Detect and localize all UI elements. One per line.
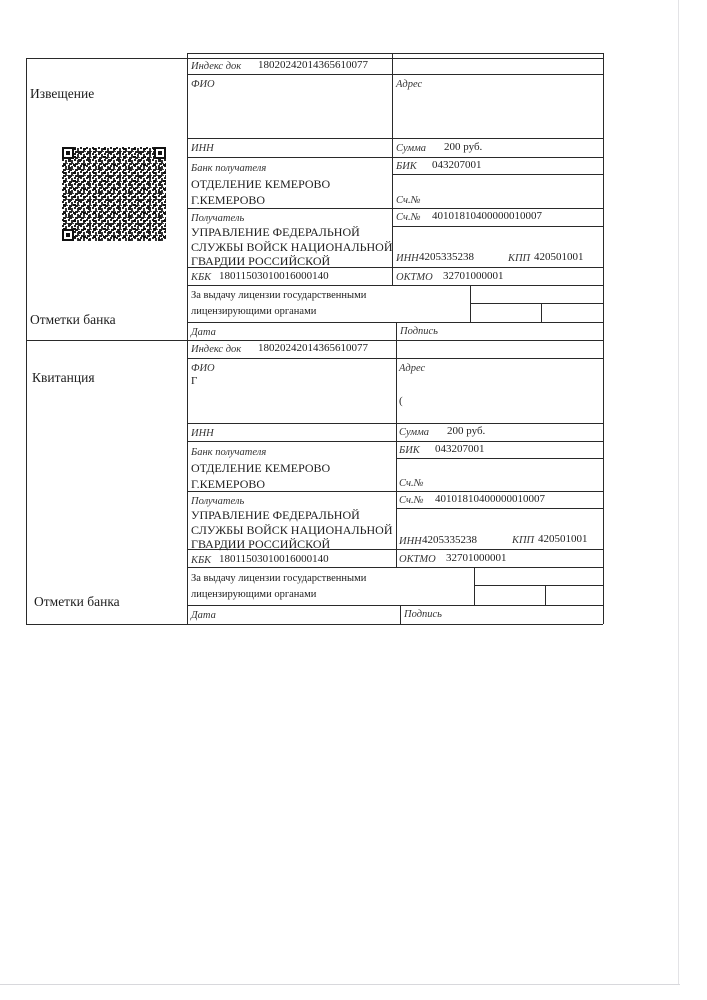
bank-name-line1: ОТДЕЛЕНИЕ КЕМЕРОВО: [191, 176, 330, 192]
bank-label: Банк получателя: [191, 162, 266, 175]
kpp-value: 420501001: [534, 251, 584, 264]
kpp-label: КПП: [508, 252, 530, 265]
signature-label: Подпись: [404, 608, 442, 621]
row-line: [396, 458, 603, 459]
oktmo-label: ОКТМО: [396, 271, 433, 284]
notice-bank-marks: Отметки банка: [30, 312, 116, 328]
row-line: [470, 303, 603, 304]
row-line: [187, 322, 603, 323]
index-top-line: [187, 53, 603, 54]
kpp-value: 420501001: [538, 533, 588, 546]
account-value: 40101810400000010007: [432, 210, 542, 223]
index-label: Индекс док: [191, 343, 241, 356]
recipient-line3: ГВАРДИИ РОССИЙСКОЙ: [191, 253, 330, 269]
row-line: [396, 508, 603, 509]
purpose-line2: лицензирующими органами: [191, 305, 316, 318]
recipient-line1: УПРАВЛЕНИЕ ФЕДЕРАЛЬНОЙ: [191, 224, 360, 240]
inn-label: ИНН: [191, 427, 214, 440]
row-line: [187, 157, 603, 158]
date-label: Дата: [191, 326, 216, 339]
receipt-bank-marks: Отметки банка: [34, 594, 120, 610]
fio-label: ФИО: [191, 78, 215, 91]
kbk-label: КБК: [191, 271, 211, 284]
bik-value: 043207001: [435, 443, 485, 456]
recipient-inn-value: 4205335238: [419, 251, 474, 264]
qr-code-icon: [62, 147, 166, 241]
bank-name-line2: Г.КЕМЕРОВО: [191, 476, 265, 492]
scan-page-bottom: [0, 984, 680, 985]
oktmo-value: 32701000001: [443, 270, 504, 283]
bik-label: БИК: [396, 160, 417, 173]
cell-divider: [545, 585, 546, 605]
cell-divider: [541, 303, 542, 322]
row-line: [187, 74, 603, 75]
recipient-line1: УПРАВЛЕНИЕ ФЕДЕРАЛЬНОЙ: [191, 507, 360, 523]
notice-title: Извещение: [30, 86, 94, 102]
row-line: [392, 226, 603, 227]
bik-label: БИК: [399, 444, 420, 457]
date-sign-divider: [396, 322, 397, 340]
receipt-title: Квитанция: [32, 370, 95, 386]
address-field[interactable]: (: [399, 395, 403, 408]
account-label: Сч.№: [399, 494, 424, 507]
row-line: [187, 423, 603, 424]
account-label: Сч.№: [396, 211, 421, 224]
row-line: [187, 441, 603, 442]
date-label: Дата: [191, 609, 216, 622]
row-line: [187, 285, 603, 286]
account-value: 40101810400000010007: [435, 493, 545, 506]
recipient-line3: ГВАРДИИ РОССИЙСКОЙ: [191, 536, 330, 552]
fio-field[interactable]: Г: [191, 375, 197, 388]
sum-value: 200 руб.: [447, 425, 485, 438]
oktmo-value: 32701000001: [446, 552, 507, 565]
frame-bottom-line: [26, 624, 603, 625]
purpose-line1: За выдачу лицензии государственными: [191, 289, 366, 302]
row-line: [187, 567, 603, 568]
bik-value: 043207001: [432, 159, 482, 172]
corr-account-label: Сч.№: [399, 477, 424, 490]
kbk-value: 18011503010016000140: [219, 553, 329, 566]
address-label: Адрес: [396, 78, 422, 91]
purpose-line1: За выдачу лицензии государственными: [191, 572, 366, 585]
sum-label: Сумма: [399, 426, 429, 439]
recipient-inn-label: ИНН: [399, 535, 422, 548]
kbk-label: КБК: [191, 554, 211, 567]
frame-right-line: [603, 53, 604, 624]
row-line: [187, 358, 603, 359]
address-label: Адрес: [399, 362, 425, 375]
recipient-inn-label: ИНН: [396, 252, 419, 265]
receipt-middle-divider: [396, 340, 397, 567]
index-label: Индекс док: [191, 60, 241, 73]
kpp-label: КПП: [512, 534, 534, 547]
oktmo-label: ОКТМО: [399, 553, 436, 566]
scan-page-edge: [678, 0, 679, 985]
inn-label: ИНН: [191, 142, 214, 155]
date-sign-divider: [400, 605, 401, 624]
row-line: [392, 174, 603, 175]
bank-name-line1: ОТДЕЛЕНИЕ КЕМЕРОВО: [191, 460, 330, 476]
bank-label: Банк получателя: [191, 446, 266, 459]
row-line: [474, 585, 603, 586]
recipient-inn-value: 4205335238: [422, 534, 477, 547]
index-value: 18020242014365610077: [258, 342, 368, 355]
purpose-line2: лицензирующими органами: [191, 588, 316, 601]
kbk-value: 18011503010016000140: [219, 270, 329, 283]
fio-label: ФИО: [191, 362, 215, 375]
corr-account-label: Сч.№: [396, 194, 421, 207]
row-line: [187, 605, 603, 606]
sum-label: Сумма: [396, 142, 426, 155]
sum-value: 200 руб.: [444, 141, 482, 154]
row-line: [187, 138, 603, 139]
index-value: 18020242014365610077: [258, 59, 368, 72]
signature-label: Подпись: [400, 325, 438, 338]
bank-name-line2: Г.КЕМЕРОВО: [191, 192, 265, 208]
